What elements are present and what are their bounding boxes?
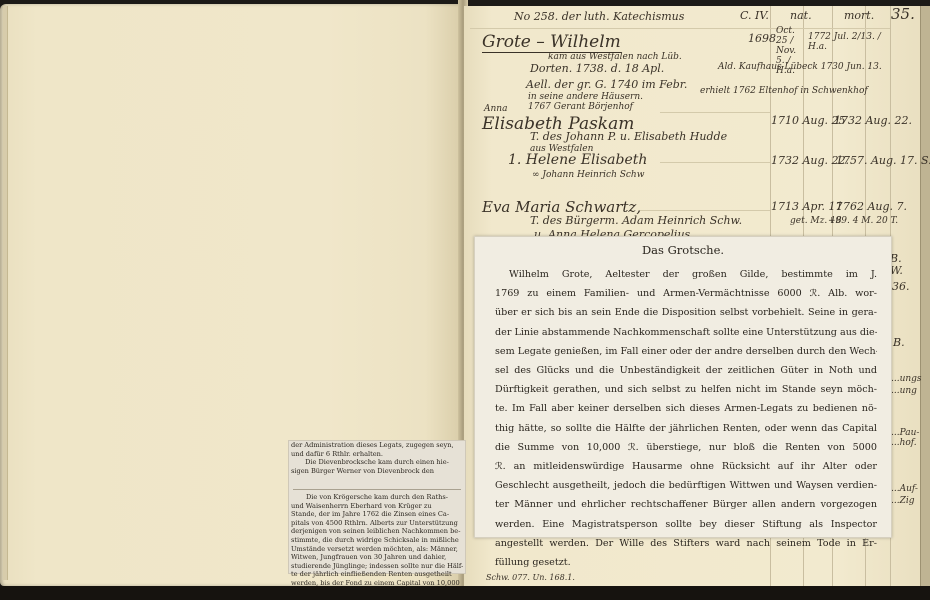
margin-note: 36.	[892, 280, 910, 293]
page-number: 35.	[891, 5, 915, 23]
clipping-line: und dafür 6 Rthlr. erhalten.	[291, 450, 463, 459]
row-rule	[640, 210, 770, 211]
slip-line: sel des Glücks und die Unbeständigkeit d…	[495, 361, 877, 380]
clipping-part-b: Die von Krögersche kam durch den Raths- …	[291, 493, 463, 588]
slip-line: 1769 zu einem Familien- und Armen-Vermäc…	[495, 284, 877, 303]
bottom-note: Schw. 077. Un. 168.1.	[486, 573, 575, 582]
slip-line: sem Legate genießen, im Fall einer oder …	[495, 342, 877, 361]
open-ledger-book: No 258. der luth. Katechismus C. IV. nat…	[0, 0, 930, 600]
entry-note: Dorten. 1738. d. 18 Apl.	[530, 62, 664, 75]
slip-line: ℛ. an mitleidenswürdige Hausarme ohne Rü…	[495, 457, 877, 476]
slip-line: über er sich bis an sein Ende die Dispos…	[495, 303, 877, 322]
died-date: 1757. Aug. 17. S.	[836, 154, 930, 167]
clipping-line: derjenigen von seinen leiblichen Nachkom…	[291, 527, 463, 536]
newspaper-clipping: der Administration dieses Legats, zugege…	[288, 440, 466, 574]
entry-note: kam aus Westfalen nach Lüb.	[548, 52, 682, 62]
printed-slip: Das Grotsche. Wilhelm Grote, Aeltester d…	[474, 236, 892, 538]
slip-line: angestellt werden. Der Wille des Stifter…	[495, 534, 877, 553]
entry-name: 1. Helene Elisabeth	[508, 152, 647, 168]
clipping-line: der Administration dieses Legats, zugege…	[291, 441, 463, 450]
row-rule	[660, 112, 770, 113]
col-born-header: nat.	[790, 9, 812, 22]
margin-note: ...Pau-	[891, 428, 919, 438]
entry-note: 1767 Gerant Börjenhof	[528, 102, 633, 112]
entry-prefix: Anna	[484, 104, 507, 114]
slip-line: Wilhelm Grote, Aeltester der großen Gild…	[495, 265, 877, 284]
clipping-line: werden, bis der Fond zu einem Capital vo…	[291, 579, 463, 588]
side-note: Ald. Kaufhaus Lübeck 1730 Jun. 13.	[718, 62, 882, 72]
clipping-line: und Waisenherrn Eberhard von Krüger zu	[291, 502, 463, 511]
slip-line: thig hätte, so sollte die Hälfte der jäh…	[495, 419, 877, 438]
col-died-header: mort.	[844, 9, 874, 22]
entry-note: in seine andere Häusern.	[528, 92, 643, 102]
right-page-edge	[920, 6, 930, 590]
entry-note: ∞ Johann Heinrich Schw	[532, 170, 644, 180]
margin-note: ...Zig	[891, 496, 914, 506]
slip-line: ter Männer und ehrlicher rechtschaffener…	[495, 495, 877, 514]
slip-line: die Summe von 10,000 ℛ. überstiege, nur …	[495, 438, 877, 457]
born-year: 1698	[748, 32, 776, 45]
clipping-line: Die von Krögersche kam durch den Raths-	[291, 493, 463, 502]
entry-note: T. des Johann P. u. Elisabeth Hudde	[530, 130, 727, 143]
born-date: 1713 Apr. 17	[771, 200, 843, 213]
entry-note: Aell. der gr. G. 1740 im Febr.	[526, 78, 687, 91]
clipping-line: stimmte, die durch widrige Schicksale in…	[291, 536, 463, 545]
margin-note: ...ung	[891, 386, 917, 396]
row-rule	[660, 162, 770, 163]
died-date: 1762 Aug. 7.	[836, 200, 907, 213]
slip-line: der Linie abstammende Nachkommenschaft s…	[495, 323, 877, 342]
clipping-line: te der jährlich einfließenden Renten aus…	[291, 570, 463, 579]
slip-line: te. Im Fall aber keiner derselben sich d…	[495, 399, 877, 418]
clipping-line: Stande, der im Jahre 1762 die Zinsen ein…	[291, 510, 463, 519]
slip-line: werden. Eine Magistratsperson sollte bey…	[495, 515, 877, 534]
clipping-line: pitals von 4500 Rthlrn. Alberts zur Unte…	[291, 519, 463, 528]
side-note: erhielt 1762 Eltenhof in Schwenkhof	[700, 86, 868, 96]
margin-note: B.	[893, 336, 905, 349]
clipping-line: sigen Bürger Werner von Dievenbrock den	[291, 467, 463, 476]
clipping-line: Witwen, Jungfrauen von 30 Jahren und dah…	[291, 553, 463, 562]
clipping-line: studierende Jünglinge; indessen sollte n…	[291, 562, 463, 571]
slip-title: Das Grotsche.	[475, 243, 891, 257]
entry-label: No 258. der luth. Katechismus	[514, 10, 684, 23]
slip-body: Wilhelm Grote, Aeltester der großen Gild…	[495, 265, 877, 572]
clipping-part-a: der Administration dieses Legats, zugege…	[291, 441, 463, 475]
died-note: +99. 4 M. 20 T.	[828, 216, 898, 226]
left-page-edge	[3, 6, 8, 580]
margin-note: ...Auf-	[891, 484, 918, 494]
clipping-line: Die Dievenbrocksche kam durch einen hie-	[291, 458, 463, 467]
entry-note: T. des Bürgerm. Adam Heinrich Schw.	[530, 214, 742, 227]
slip-line: füllung gesetzt.	[495, 553, 877, 572]
died-date: 1732 Aug. 22.	[834, 114, 912, 127]
slip-line: Dürftigkeit gerathen, und sich selbst zu…	[495, 380, 877, 399]
header-rule	[470, 28, 890, 29]
bottom-shadow	[0, 586, 930, 600]
margin-note: ...ungs	[891, 374, 922, 384]
slip-line: Geschlecht ausgetheilt, jedoch die bedür…	[495, 476, 877, 495]
margin-note: ...hof.	[891, 438, 917, 448]
clipping-separator	[293, 489, 461, 490]
col-code: C. IV.	[740, 9, 769, 22]
entry-name: Grote – Wilhelm	[482, 32, 621, 53]
clipping-line: Umstände versetzt werden möchten, als: M…	[291, 545, 463, 554]
died-date: 1772 Jul. 2/13. / H.a.	[808, 32, 888, 52]
